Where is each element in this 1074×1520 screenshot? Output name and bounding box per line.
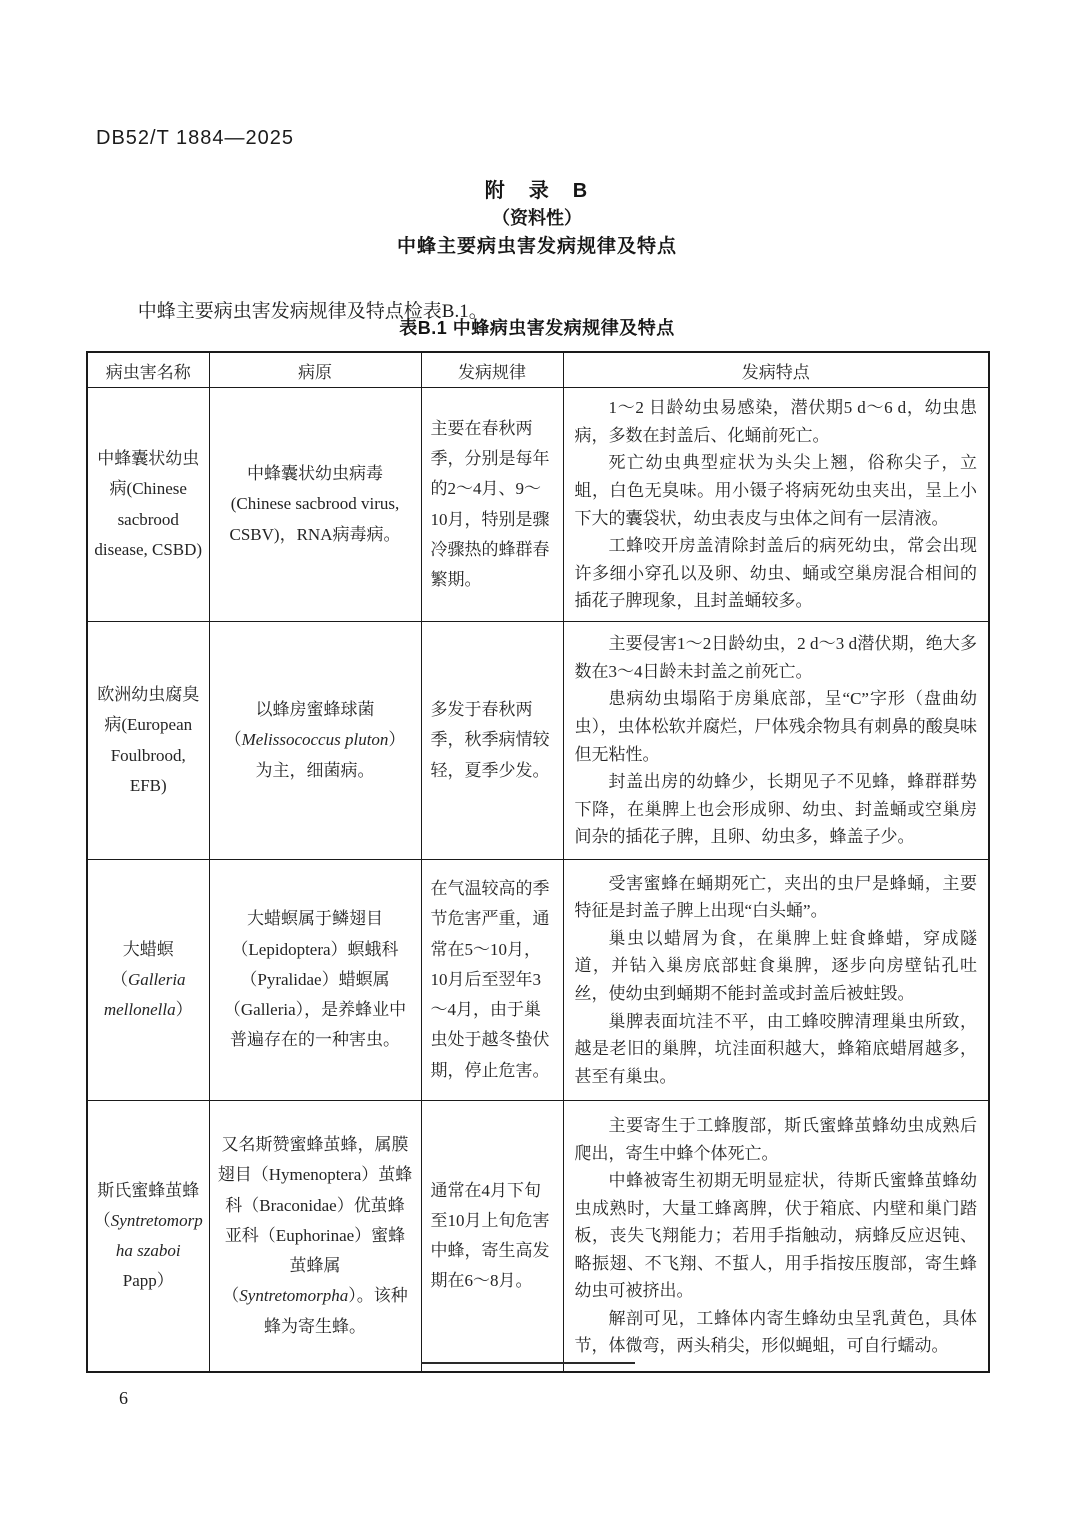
pest-name-text: 中蜂囊状幼虫病(Chinese sacbrood disease, CSBD) bbox=[94, 449, 202, 559]
pathogen-cell: 大蜡螟属于鳞翅目（Lepidoptera）螟蛾科（Pyralidae）蜡螟属（G… bbox=[209, 860, 421, 1101]
column-header-pathogen: 病原 bbox=[209, 352, 421, 388]
column-header-pest-name: 病虫害名称 bbox=[87, 352, 209, 388]
feature-paragraph: 主要侵害1～2日龄幼虫，2 d～3 d潜伏期，绝大多数在3～4日龄未封盖之前死亡… bbox=[575, 630, 978, 685]
column-header-features: 发病特点 bbox=[563, 352, 989, 388]
feature-paragraph: 1～2 日龄幼虫易感染，潜伏期5 d～6 d，幼虫患病，多数在封盖后、化蛹前死亡… bbox=[575, 394, 978, 449]
feature-paragraph: 受害蜜蜂在蛹期死亡，夹出的虫尸是蜂蛹，主要特征是封盖子脾上出现“白头蛹”。 bbox=[575, 870, 978, 925]
pathogen-text: 中蜂囊状幼虫病毒 (Chinese sacbrood virus, CSBV)，… bbox=[230, 464, 401, 544]
table-container: 病虫害名称 病原 发病规律 发病特点 中蜂囊状幼虫病(Chinese sacbr… bbox=[86, 351, 988, 1373]
page-number: 6 bbox=[119, 1388, 128, 1409]
pest-name-tail: ） bbox=[176, 1000, 193, 1019]
pest-name-cell: 斯氏蜜蜂茧蜂（Syntretomorpha szaboi Papp） bbox=[87, 1101, 209, 1373]
features-cell: 受害蜜蜂在蛹期死亡，夹出的虫尸是蜂蛹，主要特征是封盖子脾上出现“白头蛹”。 巢虫… bbox=[563, 860, 989, 1101]
features-cell: 主要侵害1～2日龄幼虫，2 d～3 d潜伏期，绝大多数在3～4日龄未封盖之前死亡… bbox=[563, 622, 989, 860]
appendix-heading: 中蜂主要病虫害发病规律及特点 bbox=[0, 231, 1074, 258]
end-of-document-rule bbox=[421, 1362, 635, 1364]
column-header-pattern: 发病规律 bbox=[421, 352, 563, 388]
pathogen-text: 又名斯赞蜜蜂茧蜂，属膜翅目（Hymenoptera）茧蜂科（Braconidae… bbox=[218, 1135, 413, 1305]
feature-paragraph: 死亡幼虫典型症状为头尖上翘，俗称尖子，立蛆，白色无臭味。用小镊子将病死幼虫夹出，… bbox=[575, 449, 978, 532]
feature-paragraph: 巢脾表面坑洼不平，由工蜂咬脾清理巢虫所致，越是老旧的巢脾，坑洼面积越大，蜂箱底蜡… bbox=[575, 1008, 978, 1091]
pest-name-tail: Papp） bbox=[123, 1271, 174, 1290]
pathogen-text: 大蜡螟属于鳞翅目（Lepidoptera）螟蛾科（Pyralidae）蜡螟属（G… bbox=[224, 909, 406, 1049]
feature-paragraph: 解剖可见，工蜂体内寄生蜂幼虫呈乳黄色，具体节，体微弯，两头稍尖，形似蝇蛆，可自行… bbox=[575, 1305, 978, 1360]
pest-name-cell: 大蜡螟（Galleria mellonella） bbox=[87, 860, 209, 1101]
features-cell: 1～2 日龄幼虫易感染，潜伏期5 d～6 d，幼虫患病，多数在封盖后、化蛹前死亡… bbox=[563, 388, 989, 622]
pattern-cell: 通常在4月下旬至10月上旬危害中蜂，寄生高发期在6～8月。 bbox=[421, 1101, 563, 1373]
feature-paragraph: 主要寄生于工蜂腹部，斯氏蜜蜂茧蜂幼虫成熟后爬出，寄生中蜂个体死亡。 bbox=[575, 1112, 978, 1167]
appendix-type-label: （资料性） bbox=[0, 204, 1074, 230]
table-row: 中蜂囊状幼虫病(Chinese sacbrood disease, CSBD) … bbox=[87, 388, 989, 622]
pathogen-cell: 又名斯赞蜜蜂茧蜂，属膜翅目（Hymenoptera）茧蜂科（Braconidae… bbox=[209, 1101, 421, 1373]
table-header-row: 病虫害名称 病原 发病规律 发病特点 bbox=[87, 352, 989, 388]
standard-code: DB52/T 1884—2025 bbox=[96, 127, 294, 150]
table-row: 大蜡螟（Galleria mellonella） 大蜡螟属于鳞翅目（Lepido… bbox=[87, 860, 989, 1101]
table-row: 斯氏蜜蜂茧蜂（Syntretomorpha szaboi Papp） 又名斯赞蜜… bbox=[87, 1101, 989, 1373]
pathogen-latin: Syntretomorpha bbox=[239, 1286, 348, 1305]
pattern-cell: 主要在春秋两季，分别是每年的2～4月、9～10月，特别是骤冷骤热的蜂群春繁期。 bbox=[421, 388, 563, 622]
feature-paragraph: 工蜂咬开房盖清除封盖后的病死幼虫，常会出现许多细小穿孔以及卵、幼虫、蛹或空巢房混… bbox=[575, 532, 978, 615]
appendix-title: 附 录 B bbox=[0, 174, 1074, 203]
features-cell: 主要寄生于工蜂腹部，斯氏蜜蜂茧蜂幼虫成熟后爬出，寄生中蜂个体死亡。 中蜂被寄生初… bbox=[563, 1101, 989, 1373]
feature-paragraph: 巢虫以蜡屑为食，在巢脾上蛀食蜂蜡，穿成隧道，并钻入巢房底部蛀食巢脾，逐步向房壁钻… bbox=[575, 925, 978, 1008]
table-row: 欧洲幼虫腐臭病(European Foulbrood, EFB) 以蜂房蜜蜂球菌… bbox=[87, 622, 989, 860]
disease-table: 病虫害名称 病原 发病规律 发病特点 中蜂囊状幼虫病(Chinese sacbr… bbox=[86, 351, 990, 1373]
pathogen-cell: 中蜂囊状幼虫病毒 (Chinese sacbrood virus, CSBV)，… bbox=[209, 388, 421, 622]
pathogen-latin: Melissococcus pluton bbox=[242, 730, 389, 749]
table-caption: 表B.1 中蜂病虫害发病规律及特点 bbox=[0, 314, 1074, 340]
feature-paragraph: 患病幼虫塌陷于房巢底部，呈“C”字形（盘曲幼虫），虫体松软并腐烂，尸体残余物具有… bbox=[575, 685, 978, 768]
pest-name-cell: 欧洲幼虫腐臭病(European Foulbrood, EFB) bbox=[87, 622, 209, 860]
pest-name-cell: 中蜂囊状幼虫病(Chinese sacbrood disease, CSBD) bbox=[87, 388, 209, 622]
pest-name-text: 欧洲幼虫腐臭病(European Foulbrood, EFB) bbox=[97, 685, 199, 795]
feature-paragraph: 中蜂被寄生初期无明显症状，待斯氏蜜蜂茧蜂幼虫成熟时，大量工蜂离脾，伏于箱底、内壁… bbox=[575, 1167, 978, 1305]
pattern-cell: 在气温较高的季节危害严重，通常在5～10月，10月后至翌年3～4月，由于巢虫处于… bbox=[421, 860, 563, 1101]
pattern-cell: 多发于春秋两季，秋季病情较轻，夏季少发。 bbox=[421, 622, 563, 860]
pathogen-cell: 以蜂房蜜蜂球菌（Melissococcus pluton）为主，细菌病。 bbox=[209, 622, 421, 860]
pest-name-latin: Syntretomorpha szaboi bbox=[111, 1211, 203, 1260]
feature-paragraph: 封盖出房的幼蜂少，长期见子不见蜂，蜂群群势下降，在巢脾上也会形成卵、幼虫、封盖蛹… bbox=[575, 768, 978, 851]
document-page: DB52/T 1884—2025 附 录 B （资料性） 中蜂主要病虫害发病规律… bbox=[0, 0, 1074, 1520]
